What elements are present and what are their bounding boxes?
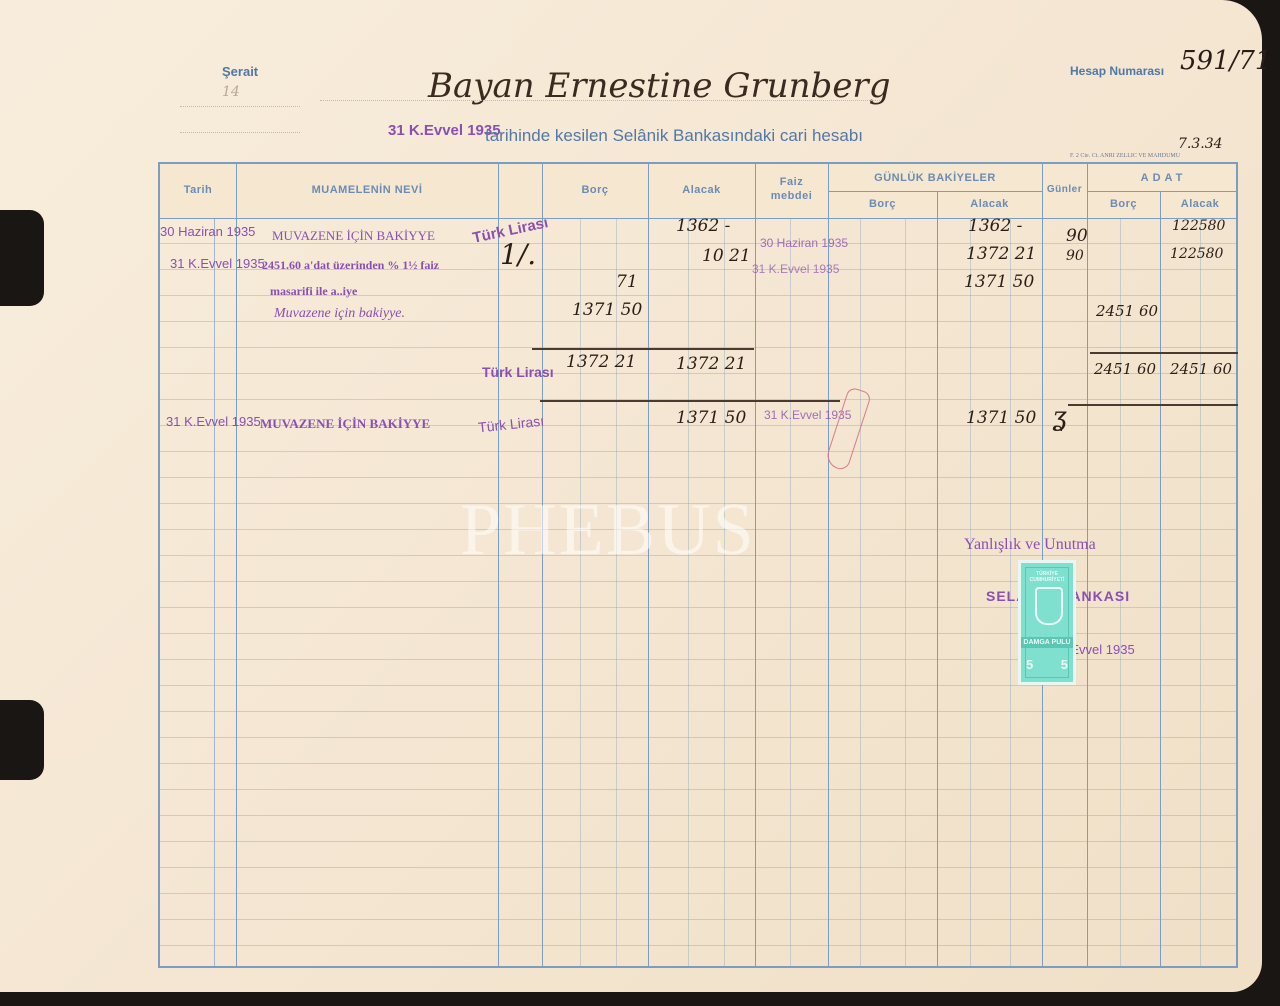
header-gunluk-bakiyeler: GÜNLÜK BAKİYELER (828, 172, 1042, 184)
header-gunler: Günler (1042, 184, 1087, 195)
totals-currency: Türk Lirası (482, 364, 554, 380)
row3-description: masarifi ile a..iye (270, 284, 357, 299)
col-divider (828, 164, 829, 966)
row2-adat-alacak: 122580 (1170, 246, 1223, 262)
serait-dotted-line-2 (180, 132, 300, 133)
printer-credit: F. 2 Cie. Ct. ANRI ZELLIC VE MAHDUMU (1070, 153, 1180, 159)
revenue-stamp-value-right: 5 (1061, 657, 1068, 672)
header-adat-alacak: Alacak (1160, 198, 1240, 210)
subheader-rule (1087, 191, 1236, 192)
serait-dotted-line (180, 106, 300, 107)
closing-rule (540, 400, 840, 402)
name-dotted-line (320, 100, 880, 101)
header-adat-borc: Borç (1087, 198, 1160, 210)
col-divider (1160, 191, 1161, 966)
serait-value: 14 (222, 84, 240, 100)
col-divider (1087, 164, 1088, 966)
totals-adat-borc: 2451 60 (1094, 360, 1156, 378)
row1-description: MUVAZENE İÇİN BAKİYYE (272, 228, 435, 244)
handwritten-tick: ʓ (1052, 402, 1067, 432)
watermark: PHEBUS (460, 488, 756, 573)
bank-statement-sheet: Şerait 14 Bayan Ernestine Grunberg Hesap… (0, 0, 1262, 992)
totals-adat-alacak: 2451 60 (1170, 360, 1232, 378)
serait-label: Şerait (222, 64, 258, 79)
row2-faiz-mebdei: 31 K.Evvel 1935 (752, 262, 839, 276)
row3-borc: 71 (616, 272, 638, 292)
subheader-rule (828, 191, 1042, 192)
col-divider (236, 164, 237, 966)
col-divider (937, 191, 938, 966)
row1-alacak: 1362 - (676, 216, 730, 236)
row1-date: 30 Haziran 1935 (160, 224, 255, 239)
header-borc: Borç (542, 184, 648, 196)
header-muamele: MUAMELENİN NEVİ (236, 184, 498, 196)
row1-gunluk-alacak: 1362 - (968, 216, 1022, 236)
closing-description: MUVAZENE İÇİN BAKİYYE (260, 416, 430, 432)
row1-checkmark: 1/. (500, 238, 536, 271)
revenue-stamp: TÜRKİYE CUMHURİYETİ DAMGA PULU 5 5 (1018, 560, 1076, 685)
adat-totals-rule (1090, 352, 1238, 354)
row2-gunler: 90 (1066, 248, 1084, 264)
row2-gunluk-alacak: 1372 21 (966, 244, 1036, 264)
row1-faiz-mebdei: 30 Haziran 1935 (760, 236, 848, 250)
revenue-stamp-label: DAMGA PULU (1021, 637, 1073, 648)
totals-alacak: 1372 21 (676, 354, 746, 374)
header-faiz-1: Faiz (755, 176, 828, 188)
row4-borc: 1371 50 (572, 300, 642, 320)
header-alacak: Alacak (648, 184, 755, 196)
closing-rule-right (1068, 404, 1238, 406)
row2-description: 2451.60 a'dat üzerinden % 1½ faiz (262, 258, 439, 273)
account-number-value: 591/71 (1180, 46, 1271, 76)
revenue-stamp-country: TÜRKİYE CUMHURİYETİ (1021, 571, 1073, 583)
row4-description: Muvazene için bakiyye. (274, 306, 405, 322)
statement-date-stamp: 31 K.Evvel 1935 (388, 122, 501, 139)
totals-borc: 1372 21 (566, 352, 636, 372)
col-divider (214, 218, 215, 966)
row4-adat-borc: 2451 60 (1096, 302, 1158, 320)
crescent-shield-icon (1035, 587, 1063, 625)
header-adat: ADAT (1087, 172, 1240, 184)
account-number-label: Hesap Numarası (1070, 64, 1164, 78)
closing-date: 31 K.Evvel 1935 (166, 414, 261, 429)
header-gunluk-alacak: Alacak (937, 198, 1042, 210)
row1-gunler: 90 (1066, 226, 1088, 246)
header-faiz-2: mebdei (755, 190, 828, 202)
row1-adat-alacak: 122580 (1172, 218, 1225, 234)
row2-alacak: 10 21 (702, 246, 751, 266)
binder-hole-top (0, 210, 44, 306)
row3-gunluk-alacak: 1371 50 (964, 272, 1034, 292)
closing-alacak: 1371 50 (676, 408, 746, 428)
header-tarih: Tarih (160, 184, 236, 196)
bank-stamp-line1: Yanlışlık ve Unutma (964, 536, 1096, 554)
row2-date: 31 K.Evvel 1935 (170, 256, 265, 271)
handwritten-reference: 7.3.34 (1178, 136, 1223, 152)
binder-hole-bottom (0, 700, 44, 780)
header-gunluk-borc: Borç (828, 198, 937, 210)
totals-rule (532, 348, 754, 350)
statement-title: tarihinde kesilen Selânik Bankasındaki c… (485, 126, 863, 146)
closing-gunluk-alacak: 1371 50 (966, 408, 1036, 428)
